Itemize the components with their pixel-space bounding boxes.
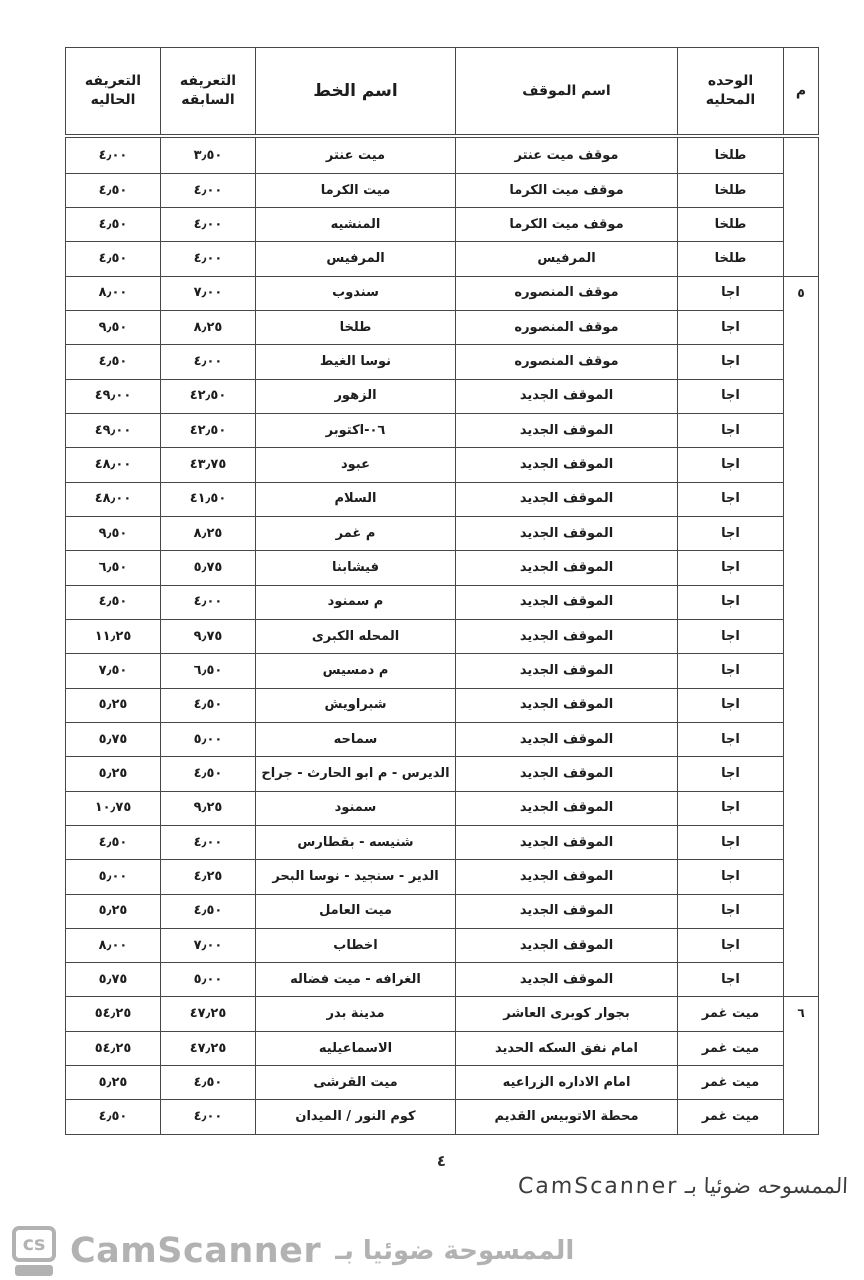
line-name-cell: طلخا — [256, 310, 456, 344]
local-unit-cell: اجا — [678, 654, 784, 688]
table-row: اجاالموقف الجديدسماحه٥٫٠٠٥٫٧٥ — [66, 722, 819, 756]
stop-name-cell: موقف المنصوره — [456, 345, 678, 379]
group-index-cell: ٦ — [784, 997, 819, 1135]
local-unit-cell: اجا — [678, 345, 784, 379]
table-row: اجاالموقف الجديدالديرس - م ابو الحارث - … — [66, 757, 819, 791]
tariff-table-container: م الوحده المحليه اسم الموقف اسم الخط الت… — [65, 47, 818, 1135]
current-tariff-cell: ١١٫٢٥ — [66, 619, 161, 653]
line-name-cell: ٠٦-اكتوبر — [256, 413, 456, 447]
previous-tariff-cell: ٦٫٥٠ — [161, 654, 256, 688]
previous-tariff-cell: ٨٫٢٥ — [161, 516, 256, 550]
line-name-cell: الدير - سنجيد - نوسا البحر — [256, 860, 456, 894]
local-unit-cell: اجا — [678, 276, 784, 310]
stop-name-cell: موقف ميت الكرما — [456, 173, 678, 207]
stop-name-cell: الموقف الجديد — [456, 585, 678, 619]
local-unit-cell: طلخا — [678, 242, 784, 276]
previous-tariff-cell: ٤٧٫٢٥ — [161, 1031, 256, 1065]
previous-tariff-cell: ٤٫٠٠ — [161, 242, 256, 276]
stop-name-cell: المرفيس — [456, 242, 678, 276]
current-tariff-cell: ٤٨٫٠٠ — [66, 448, 161, 482]
stop-name-cell: الموقف الجديد — [456, 551, 678, 585]
line-name-cell: شنيسه - بقطارس — [256, 825, 456, 859]
table-row: اجاالموقف الجديدشبراويش٤٫٥٠٥٫٢٥ — [66, 688, 819, 722]
current-tariff-cell: ٤٫٥٠ — [66, 825, 161, 859]
table-row: ٦ميت غمربجوار كوبرى العاشرمدينة بدر٤٧٫٢٥… — [66, 997, 819, 1031]
local-unit-cell: اجا — [678, 825, 784, 859]
local-unit-cell: اجا — [678, 551, 784, 585]
previous-tariff-cell: ٥٫٧٥ — [161, 551, 256, 585]
local-unit-cell: طلخا — [678, 136, 784, 173]
current-tariff-cell: ٥٫٧٥ — [66, 722, 161, 756]
current-tariff-cell: ٤٫٠٠ — [66, 136, 161, 173]
table-row: اجاالموقف الجديدالزهور٤٢٫٥٠٤٩٫٠٠ — [66, 379, 819, 413]
local-unit-cell: اجا — [678, 963, 784, 997]
local-unit-cell: اجا — [678, 860, 784, 894]
line-name-cell: الزهور — [256, 379, 456, 413]
stop-name-cell: الموقف الجديد — [456, 928, 678, 962]
local-unit-cell: اجا — [678, 894, 784, 928]
line-name-cell: ميت الكرما — [256, 173, 456, 207]
current-tariff-cell: ٤٫٥٠ — [66, 242, 161, 276]
current-tariff-cell: ٥٤٫٢٥ — [66, 1031, 161, 1065]
table-row: طلخاموقف ميت الكرماميت الكرما٤٫٠٠٤٫٥٠ — [66, 173, 819, 207]
stop-name-cell: الموقف الجديد — [456, 722, 678, 756]
current-tariff-cell: ٤٩٫٠٠ — [66, 413, 161, 447]
line-name-cell: شبراويش — [256, 688, 456, 722]
local-unit-cell: اجا — [678, 791, 784, 825]
header-current-tariff: التعريفه الحاليه — [66, 48, 161, 137]
line-name-cell: ميت عنتر — [256, 136, 456, 173]
line-name-cell: سندوب — [256, 276, 456, 310]
stop-name-cell: الموقف الجديد — [456, 448, 678, 482]
local-unit-cell: اجا — [678, 757, 784, 791]
line-name-cell: نوسا الغيط — [256, 345, 456, 379]
previous-tariff-cell: ٤٫٠٠ — [161, 1100, 256, 1135]
stop-name-cell: محطة الاتوبيس القديم — [456, 1100, 678, 1135]
stop-name-cell: الموقف الجديد — [456, 825, 678, 859]
current-tariff-cell: ٥٫٢٥ — [66, 894, 161, 928]
table-row: اجاالموقف الجديدم غمر٨٫٢٥٩٫٥٠ — [66, 516, 819, 550]
tariff-table-body: طلخاموقف ميت عنترميت عنتر٣٫٥٠٤٫٠٠طلخاموق… — [66, 136, 819, 1135]
line-name-cell: الاسماعيليه — [256, 1031, 456, 1065]
handwritten-camscanner-watermark: الممسوحه ضوئيا بـ CamScanner — [518, 1174, 849, 1199]
table-row: ميت غمرامام الاداره الزراعيهميت القرشى٤٫… — [66, 1066, 819, 1100]
header-previous-tariff: التعريفه السابقه — [161, 48, 256, 137]
local-unit-cell: اجا — [678, 310, 784, 344]
local-unit-cell: اجا — [678, 928, 784, 962]
table-row: طلخاموقف ميت الكرماالمنشيه٤٫٠٠٤٫٥٠ — [66, 207, 819, 241]
local-unit-cell: اجا — [678, 688, 784, 722]
line-name-cell: عبود — [256, 448, 456, 482]
stop-name-cell: الموقف الجديد — [456, 757, 678, 791]
stop-name-cell: الموقف الجديد — [456, 482, 678, 516]
table-row: اجاالموقف الجديد٠٦-اكتوبر٤٢٫٥٠٤٩٫٠٠ — [66, 413, 819, 447]
previous-tariff-cell: ٤٢٫٥٠ — [161, 413, 256, 447]
previous-tariff-cell: ٤٫٠٠ — [161, 345, 256, 379]
table-row: ميت غمرمحطة الاتوبيس القديمكوم النور / ا… — [66, 1100, 819, 1135]
stop-name-cell: امام نفق السكه الحديد — [456, 1031, 678, 1065]
table-row: اجاالموقف الجديدم سمنود٤٫٠٠٤٫٥٠ — [66, 585, 819, 619]
current-tariff-cell: ٨٫٠٠ — [66, 276, 161, 310]
stop-name-cell: الموقف الجديد — [456, 963, 678, 997]
local-unit-cell: اجا — [678, 722, 784, 756]
line-name-cell: اخطاب — [256, 928, 456, 962]
group-index-cell — [784, 136, 819, 276]
previous-tariff-cell: ٤٢٫٥٠ — [161, 379, 256, 413]
local-unit-cell: ميت غمر — [678, 1031, 784, 1065]
local-unit-cell: اجا — [678, 448, 784, 482]
camscanner-footer-watermark: cs CamScanner الممسوحة ضوئيا بـ — [0, 1222, 864, 1280]
stop-name-cell: الموقف الجديد — [456, 791, 678, 825]
current-tariff-cell: ٤٩٫٠٠ — [66, 379, 161, 413]
table-row: اجاالموقف الجديدسمنود٩٫٢٥١٠٫٧٥ — [66, 791, 819, 825]
stop-name-cell: الموقف الجديد — [456, 619, 678, 653]
line-name-cell: الديرس - م ابو الحارث - جراح — [256, 757, 456, 791]
previous-tariff-cell: ٣٫٥٠ — [161, 136, 256, 173]
local-unit-cell: اجا — [678, 482, 784, 516]
current-tariff-cell: ٤٫٥٠ — [66, 345, 161, 379]
header-local-unit: الوحده المحليه — [678, 48, 784, 137]
previous-tariff-cell: ٩٫٧٥ — [161, 619, 256, 653]
current-tariff-cell: ٥٤٫٢٥ — [66, 997, 161, 1031]
local-unit-cell: ميت غمر — [678, 997, 784, 1031]
stop-name-cell: الموقف الجديد — [456, 516, 678, 550]
previous-tariff-cell: ٤٫٢٥ — [161, 860, 256, 894]
current-tariff-cell: ٤٨٫٠٠ — [66, 482, 161, 516]
stop-name-cell: الموقف الجديد — [456, 894, 678, 928]
current-tariff-cell: ٤٫٥٠ — [66, 1100, 161, 1135]
previous-tariff-cell: ٤٫٥٠ — [161, 757, 256, 791]
current-tariff-cell: ٩٫٥٠ — [66, 310, 161, 344]
previous-tariff-cell: ٤٫٥٠ — [161, 894, 256, 928]
line-name-cell: السلام — [256, 482, 456, 516]
footer-arabic-text: الممسوحة ضوئيا بـ — [335, 1236, 574, 1266]
stop-name-cell: موقف ميت عنتر — [456, 136, 678, 173]
stop-name-cell: موقف ميت الكرما — [456, 207, 678, 241]
table-row: اجاالموقف الجديدالغرافه - ميت فضاله٥٫٠٠٥… — [66, 963, 819, 997]
stop-name-cell: امام الاداره الزراعيه — [456, 1066, 678, 1100]
current-tariff-cell: ٤٫٥٠ — [66, 207, 161, 241]
table-row: ٥اجاموقف المنصورهسندوب٧٫٠٠٨٫٠٠ — [66, 276, 819, 310]
stop-name-cell: الموقف الجديد — [456, 379, 678, 413]
stop-name-cell: الموقف الجديد — [456, 860, 678, 894]
previous-tariff-cell: ٤١٫٥٠ — [161, 482, 256, 516]
previous-tariff-cell: ٧٫٠٠ — [161, 276, 256, 310]
page-number: ٤ — [65, 1152, 818, 1170]
previous-tariff-cell: ٤٫٠٠ — [161, 173, 256, 207]
line-name-cell: م غمر — [256, 516, 456, 550]
current-tariff-cell: ٤٫٥٠ — [66, 585, 161, 619]
line-name-cell: المنشيه — [256, 207, 456, 241]
current-tariff-cell: ٤٫٥٠ — [66, 173, 161, 207]
previous-tariff-cell: ٤٣٫٧٥ — [161, 448, 256, 482]
table-row: اجاالموقف الجديداخطاب٧٫٠٠٨٫٠٠ — [66, 928, 819, 962]
local-unit-cell: اجا — [678, 585, 784, 619]
table-row: طلخاموقف ميت عنترميت عنتر٣٫٥٠٤٫٠٠ — [66, 136, 819, 173]
local-unit-cell: طلخا — [678, 173, 784, 207]
current-tariff-cell: ٥٫٢٥ — [66, 757, 161, 791]
local-unit-cell: ميت غمر — [678, 1066, 784, 1100]
previous-tariff-cell: ٥٫٠٠ — [161, 722, 256, 756]
previous-tariff-cell: ٧٫٠٠ — [161, 928, 256, 962]
header-index: م — [784, 48, 819, 137]
current-tariff-cell: ١٠٫٧٥ — [66, 791, 161, 825]
table-row: طلخاالمرفيسالمرفيس٤٫٠٠٤٫٥٠ — [66, 242, 819, 276]
previous-tariff-cell: ٨٫٢٥ — [161, 310, 256, 344]
line-name-cell: م سمنود — [256, 585, 456, 619]
scanned-document-page: م الوحده المحليه اسم الموقف اسم الخط الت… — [0, 0, 864, 1280]
table-row: اجاالموقف الجديدشنيسه - بقطارس٤٫٠٠٤٫٥٠ — [66, 825, 819, 859]
line-name-cell: م دمسيس — [256, 654, 456, 688]
line-name-cell: مدينة بدر — [256, 997, 456, 1031]
camscanner-logo-base — [15, 1265, 53, 1276]
previous-tariff-cell: ٩٫٢٥ — [161, 791, 256, 825]
local-unit-cell: طلخا — [678, 207, 784, 241]
current-tariff-cell: ٧٫٥٠ — [66, 654, 161, 688]
line-name-cell: سماحه — [256, 722, 456, 756]
table-row: اجاالموقف الجديدالدير - سنجيد - نوسا الب… — [66, 860, 819, 894]
local-unit-cell: اجا — [678, 379, 784, 413]
stop-name-cell: موقف المنصوره — [456, 276, 678, 310]
line-name-cell: ميت العامل — [256, 894, 456, 928]
tariff-table: م الوحده المحليه اسم الموقف اسم الخط الت… — [65, 47, 819, 1135]
previous-tariff-cell: ٤٫٠٠ — [161, 207, 256, 241]
line-name-cell: المرفيس — [256, 242, 456, 276]
local-unit-cell: اجا — [678, 516, 784, 550]
previous-tariff-cell: ٥٫٠٠ — [161, 963, 256, 997]
current-tariff-cell: ٥٫٢٥ — [66, 1066, 161, 1100]
current-tariff-cell: ٩٫٥٠ — [66, 516, 161, 550]
stop-name-cell: الموقف الجديد — [456, 688, 678, 722]
table-row: اجاالموقف الجديدفيشابنا٥٫٧٥٦٫٥٠ — [66, 551, 819, 585]
local-unit-cell: اجا — [678, 619, 784, 653]
line-name-cell: المحله الكبرى — [256, 619, 456, 653]
line-name-cell: سمنود — [256, 791, 456, 825]
previous-tariff-cell: ٤٫٠٠ — [161, 825, 256, 859]
table-row: اجاالموقف الجديدم دمسيس٦٫٥٠٧٫٥٠ — [66, 654, 819, 688]
local-unit-cell: اجا — [678, 413, 784, 447]
stop-name-cell: الموقف الجديد — [456, 413, 678, 447]
table-row: اجاالموقف الجديدالمحله الكبرى٩٫٧٥١١٫٢٥ — [66, 619, 819, 653]
stop-name-cell: الموقف الجديد — [456, 654, 678, 688]
footer-brand-text: CamScanner — [70, 1231, 321, 1271]
table-row: اجاالموقف الجديدعبود٤٣٫٧٥٤٨٫٠٠ — [66, 448, 819, 482]
camscanner-logo-cs-text: cs — [12, 1226, 56, 1262]
group-index-cell: ٥ — [784, 276, 819, 997]
line-name-cell: فيشابنا — [256, 551, 456, 585]
current-tariff-cell: ٦٫٥٠ — [66, 551, 161, 585]
current-tariff-cell: ٥٫٢٥ — [66, 688, 161, 722]
previous-tariff-cell: ٤٧٫٢٥ — [161, 997, 256, 1031]
camscanner-logo-icon: cs — [10, 1226, 58, 1276]
table-row: ميت غمرامام نفق السكه الحديدالاسماعيليه٤… — [66, 1031, 819, 1065]
previous-tariff-cell: ٤٫٠٠ — [161, 585, 256, 619]
table-row: اجاالموقف الجديدميت العامل٤٫٥٠٥٫٢٥ — [66, 894, 819, 928]
table-row: اجاموقف المنصورهنوسا الغيط٤٫٠٠٤٫٥٠ — [66, 345, 819, 379]
table-header-row: م الوحده المحليه اسم الموقف اسم الخط الت… — [66, 48, 819, 137]
previous-tariff-cell: ٤٫٥٠ — [161, 1066, 256, 1100]
table-row: اجاالموقف الجديدالسلام٤١٫٥٠٤٨٫٠٠ — [66, 482, 819, 516]
current-tariff-cell: ٥٫٠٠ — [66, 860, 161, 894]
previous-tariff-cell: ٤٫٥٠ — [161, 688, 256, 722]
stop-name-cell: موقف المنصوره — [456, 310, 678, 344]
handwritten-watermark-arabic: الممسوحه ضوئيا بـ — [685, 1174, 849, 1198]
header-stop-name: اسم الموقف — [456, 48, 678, 137]
local-unit-cell: ميت غمر — [678, 1100, 784, 1135]
line-name-cell: كوم النور / الميدان — [256, 1100, 456, 1135]
line-name-cell: ميت القرشى — [256, 1066, 456, 1100]
table-row: اجاموقف المنصورهطلخا٨٫٢٥٩٫٥٠ — [66, 310, 819, 344]
stop-name-cell: بجوار كوبرى العاشر — [456, 997, 678, 1031]
current-tariff-cell: ٥٫٧٥ — [66, 963, 161, 997]
handwritten-watermark-latin: CamScanner — [518, 1174, 679, 1199]
line-name-cell: الغرافه - ميت فضاله — [256, 963, 456, 997]
current-tariff-cell: ٨٫٠٠ — [66, 928, 161, 962]
header-line-name: اسم الخط — [256, 48, 456, 137]
